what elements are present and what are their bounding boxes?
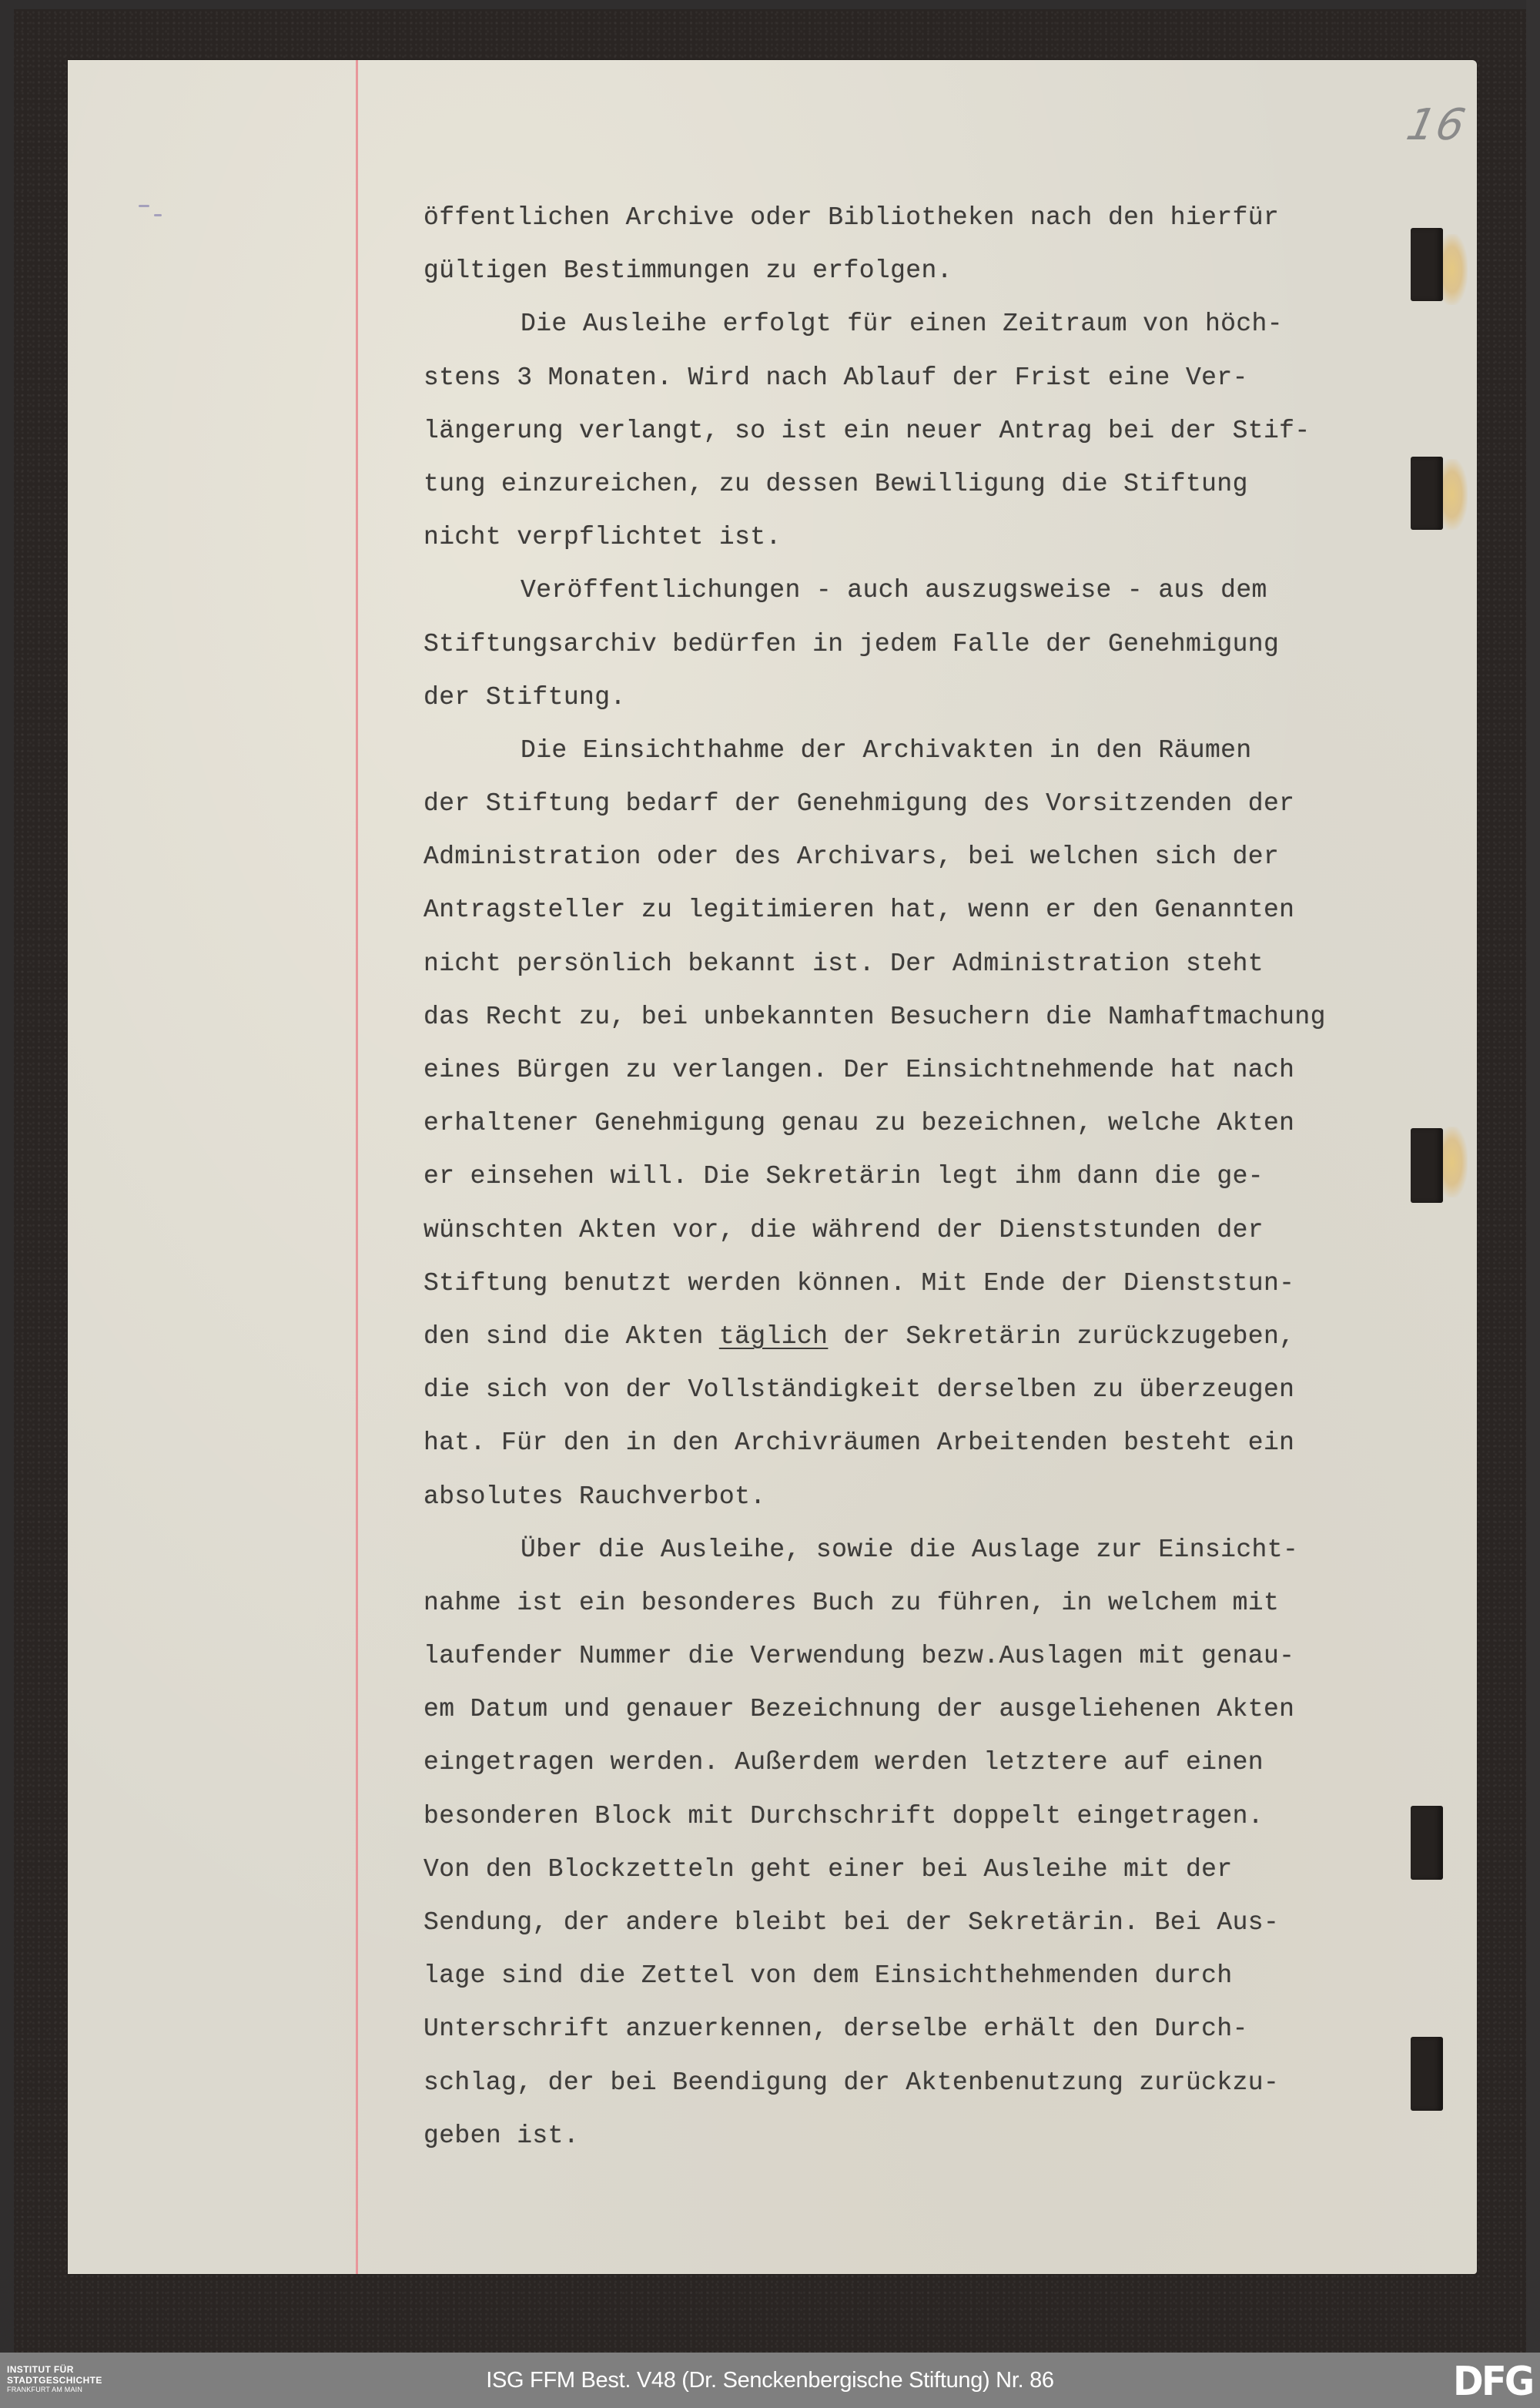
glue-stain <box>1441 459 1468 530</box>
text-line: der Stiftung. <box>423 671 1448 724</box>
text-line: wünschten Akten vor, die während der Die… <box>423 1204 1448 1257</box>
text-line: tung einzureichen, zu dessen Bewilligung… <box>423 457 1448 511</box>
text-line: öffentlichen Archive oder Bibliotheken n… <box>423 191 1448 244</box>
text-line: Administration oder des Archivars, bei w… <box>423 830 1448 883</box>
text-line: den sind die Akten täglich der Sekretäri… <box>423 1310 1448 1363</box>
text-line: Unterschrift anzuerkennen, derselbe erhä… <box>423 2002 1448 2055</box>
text-line: Die Einsichthahme der Archivakten in den… <box>423 724 1448 777</box>
archive-reference-caption: ISG FFM Best. V48 (Dr. Senckenbergische … <box>0 2368 1540 2393</box>
scan-edge-right <box>1526 0 1540 2353</box>
text-line: Von den Blockzetteln geht einer bei Ausl… <box>423 1843 1448 1896</box>
text-line: absolutes Rauchverbot. <box>423 1470 1448 1523</box>
glue-stain <box>1441 1127 1468 1197</box>
red-margin-line <box>356 60 358 2274</box>
text-line: erhaltener Genehmigung genau zu bezeichn… <box>423 1097 1448 1150</box>
text-line: das Recht zu, bei unbekannten Besuchern … <box>423 990 1448 1043</box>
footer-band: INSTITUT FÜR STADTGESCHICHTE FRANKFURT A… <box>0 2353 1540 2408</box>
text-segment: der Sekretärin zurückzugeben, <box>828 1322 1294 1351</box>
text-line: Veröffentlichungen - auch auszugsweise -… <box>423 564 1448 617</box>
text-line: nahme ist ein besonderes Buch zu führen,… <box>423 1576 1448 1629</box>
text-line: er einsehen will. Die Sekretärin legt ih… <box>423 1150 1448 1203</box>
text-line: Die Ausleihe erfolgt für einen Zeitraum … <box>423 297 1448 350</box>
text-line: Stiftung benutzt werden können. Mit Ende… <box>423 1257 1448 1310</box>
binder-tab <box>1411 1128 1443 1203</box>
text-line: laufender Nummer die Verwendung bezw.Aus… <box>423 1629 1448 1683</box>
text-line: der Stiftung bedarf der Genehmigung des … <box>423 777 1448 830</box>
text-line: eines Bürgen zu verlangen. Der Einsichtn… <box>423 1043 1448 1097</box>
ink-mark <box>139 205 149 207</box>
text-line: Antragsteller zu legitimieren hat, wenn … <box>423 883 1448 936</box>
binder-tab <box>1411 1806 1443 1880</box>
text-line: hat. Für den in den Archivräumen Arbeite… <box>423 1416 1448 1469</box>
text-line: nicht verpflichtet ist. <box>423 511 1448 564</box>
text-line: geben ist. <box>423 2109 1448 2162</box>
text-segment: den sind die Akten <box>423 1322 719 1351</box>
text-line: em Datum und genauer Bezeichnung der aus… <box>423 1683 1448 1736</box>
text-line: stens 3 Monaten. Wird nach Ablauf der Fr… <box>423 351 1448 404</box>
text-line: lage sind die Zettel von dem Einsichtheh… <box>423 1949 1448 2002</box>
typewritten-body: öffentlichen Archive oder Bibliotheken n… <box>423 191 1448 2162</box>
dfg-logo: DFG <box>1453 2363 1532 2400</box>
binder-tab <box>1411 228 1443 301</box>
scan-edge-top <box>0 0 1540 9</box>
ink-mark <box>154 214 162 216</box>
text-line: nicht persönlich bekannt ist. Der Admini… <box>423 937 1448 990</box>
underlined-word: täglich <box>719 1322 828 1351</box>
text-line: Über die Ausleihe, sowie die Auslage zur… <box>423 1523 1448 1576</box>
text-line: eingetragen werden. Außerdem werden letz… <box>423 1736 1448 1789</box>
text-line: gültigen Bestimmungen zu erfolgen. <box>423 244 1448 297</box>
handwritten-page-number: 16 <box>1402 100 1471 150</box>
text-line: Stiftungsarchiv bedürfen in jedem Falle … <box>423 618 1448 671</box>
document-page: 16 öffentlichen Archive oder Bibliotheke… <box>68 60 1477 2274</box>
binder-tab <box>1411 457 1443 530</box>
text-line: Sendung, der andere bleibt bei der Sekre… <box>423 1896 1448 1949</box>
text-line: schlag, der bei Beendigung der Aktenbenu… <box>423 2056 1448 2109</box>
text-line: besonderen Block mit Durchschrift doppel… <box>423 1790 1448 1843</box>
binder-tab <box>1411 2037 1443 2111</box>
text-line: längerung verlangt, so ist ein neuer Ant… <box>423 404 1448 457</box>
scan-edge-left <box>0 0 14 2353</box>
glue-stain <box>1441 234 1468 305</box>
text-line: die sich von der Vollständigkeit derselb… <box>423 1363 1448 1416</box>
